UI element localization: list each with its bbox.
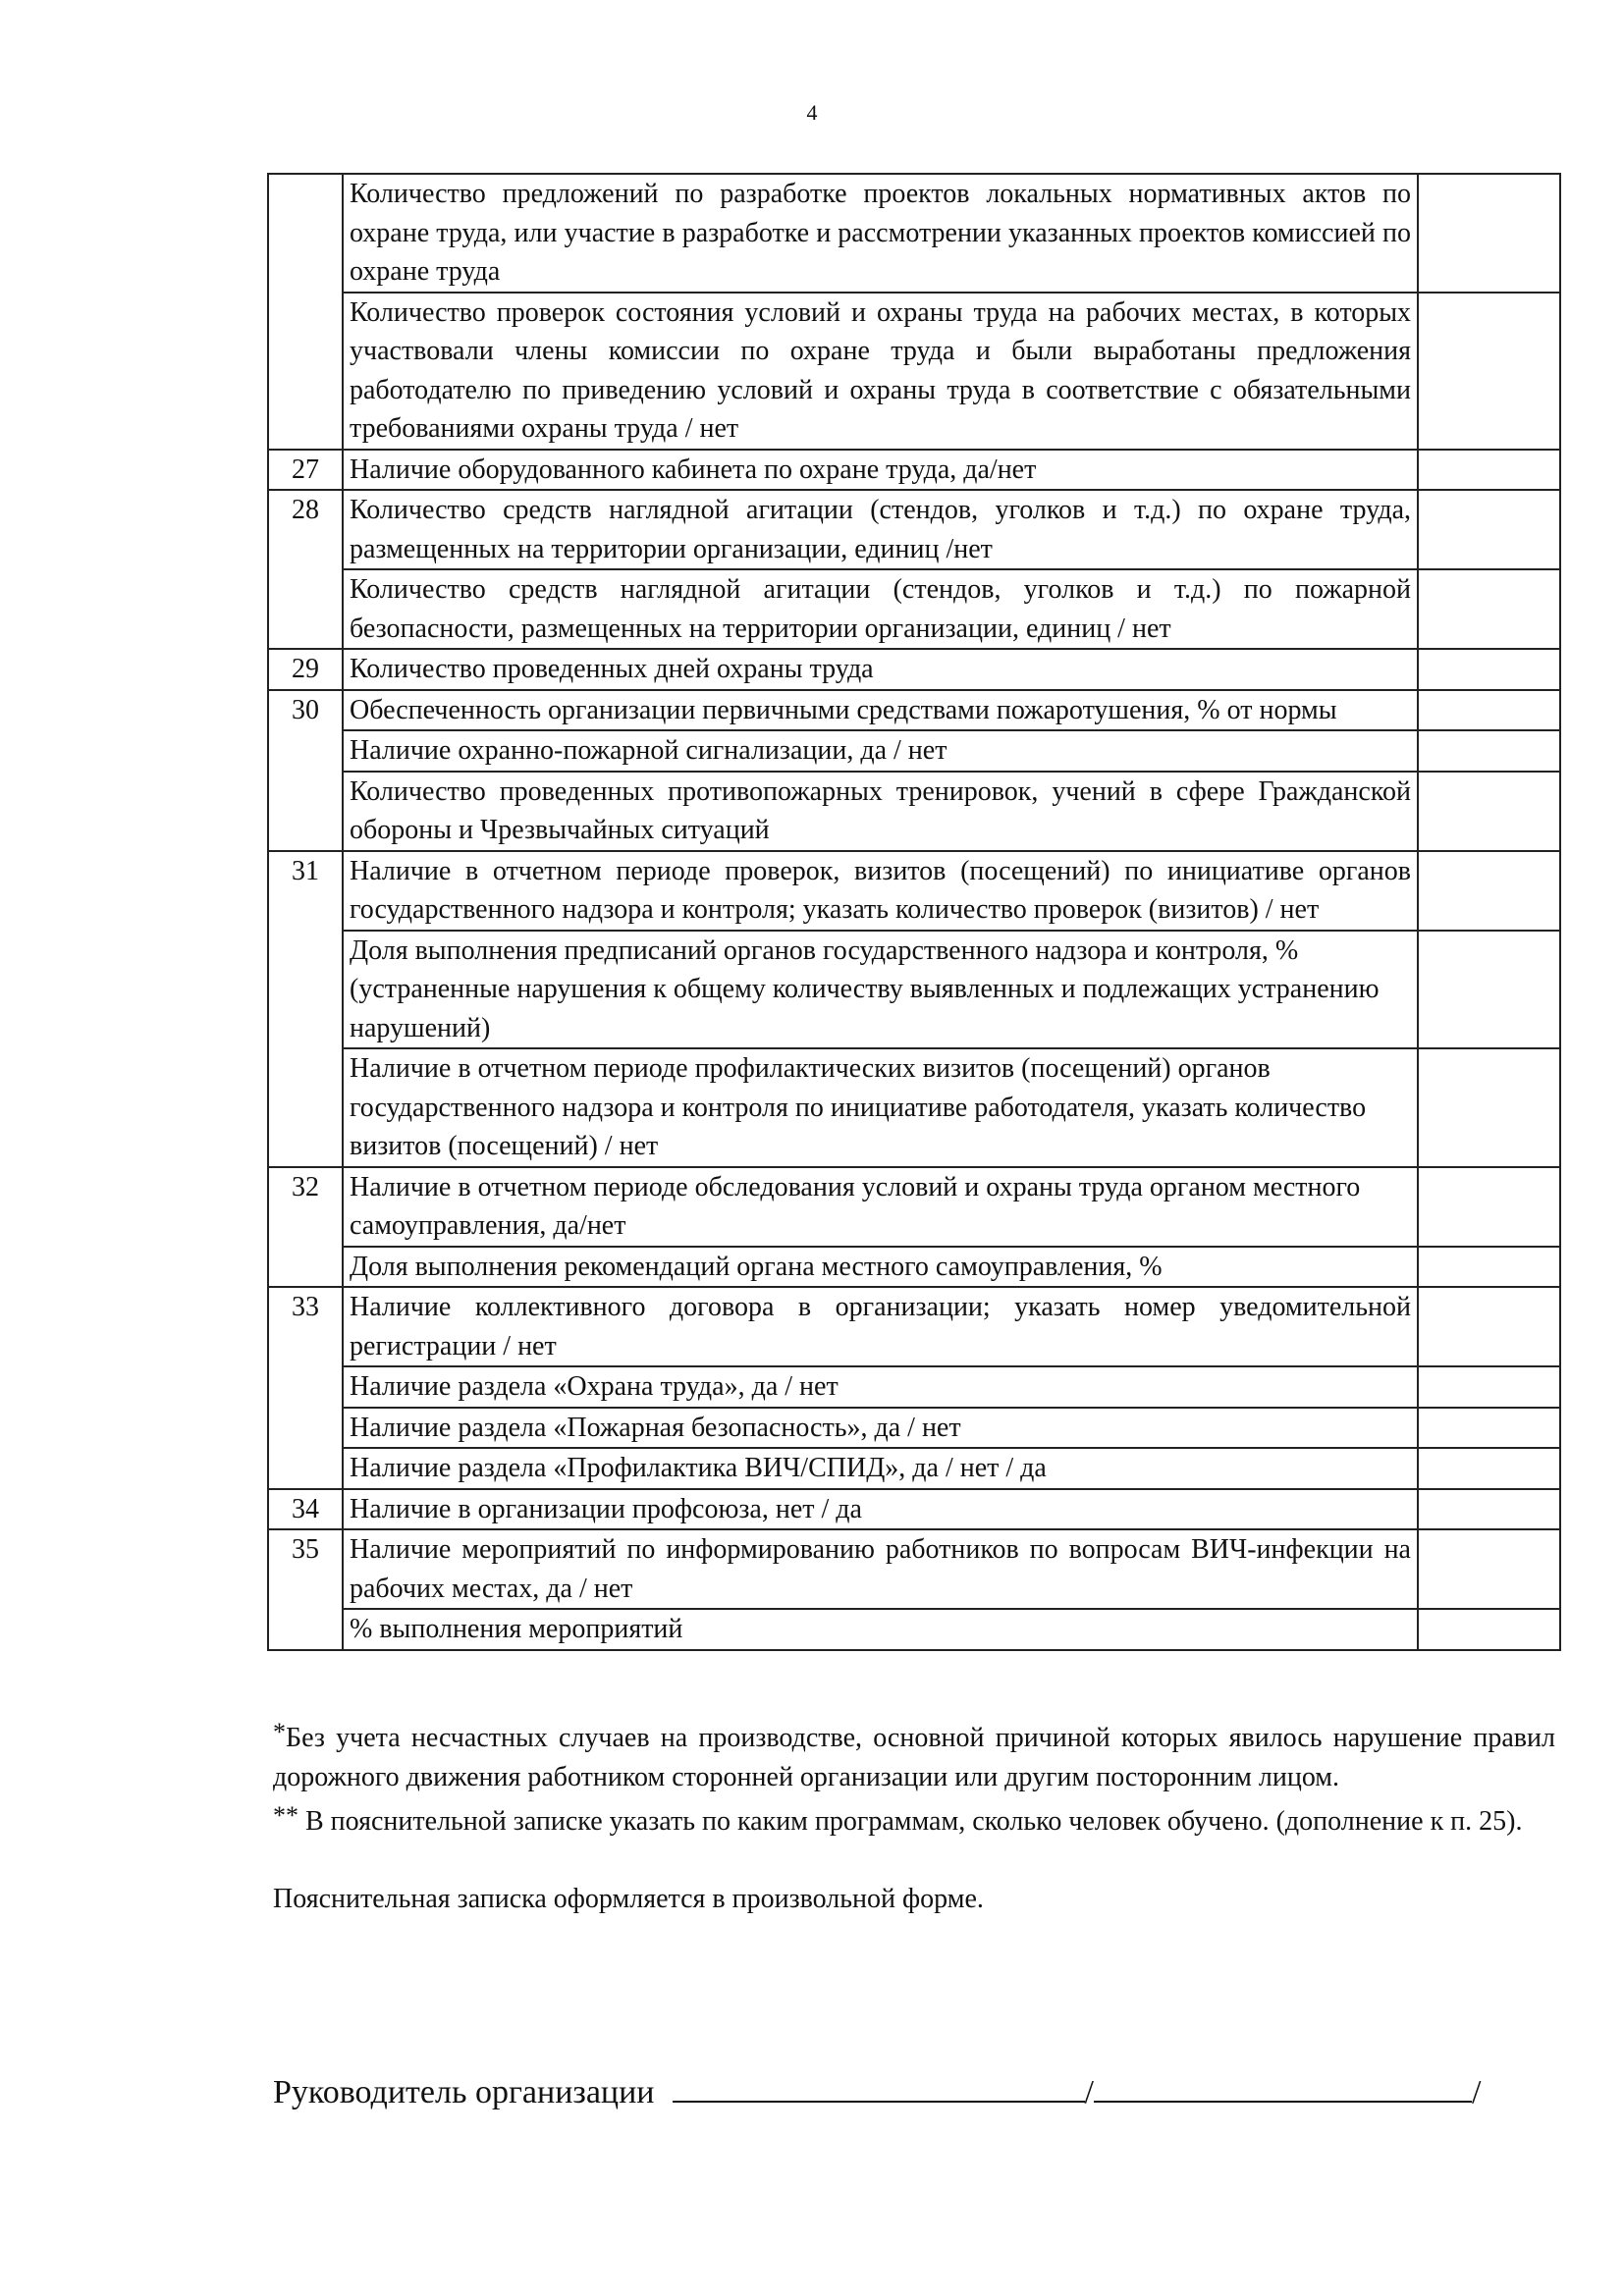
indicator-text: Количество средств наглядной агитации (с… <box>343 490 1418 569</box>
table-row: Доля выполнения рекомендаций органа мест… <box>268 1247 1560 1288</box>
indicator-text: Наличие коллективного договора в организ… <box>343 1287 1418 1366</box>
value-cell[interactable] <box>1418 1048 1560 1167</box>
value-cell[interactable] <box>1418 772 1560 851</box>
footnotes: *Без учета несчастных случаев на произво… <box>273 1713 1555 1918</box>
value-cell[interactable] <box>1418 1366 1560 1408</box>
value-cell[interactable] <box>1418 649 1560 690</box>
indicator-text: Количество средств наглядной агитации (с… <box>343 569 1418 649</box>
table-row: Наличие раздела «Охрана труда», да / нет <box>268 1366 1560 1408</box>
footnote-1-text: Без учета несчастных случаев на производ… <box>273 1723 1555 1792</box>
value-cell[interactable] <box>1418 690 1560 731</box>
row-number: 34 <box>268 1489 343 1530</box>
table-row: Наличие раздела «Пожарная безопасность»,… <box>268 1408 1560 1449</box>
value-cell[interactable] <box>1418 1167 1560 1247</box>
table-row: 35Наличие мероприятий по информированию … <box>268 1529 1560 1609</box>
name-field[interactable] <box>1094 2071 1472 2103</box>
page-number: 4 <box>0 100 1624 126</box>
value-cell[interactable] <box>1418 1448 1560 1489</box>
footnote-1: *Без учета несчастных случаев на произво… <box>273 1713 1555 1796</box>
row-number: 30 <box>268 690 343 851</box>
indicator-text: Наличие в отчетном периоде профилактичес… <box>343 1048 1418 1167</box>
indicator-text: Наличие мероприятий по информированию ра… <box>343 1529 1418 1609</box>
value-cell[interactable] <box>1418 931 1560 1049</box>
signature-separator: / <box>1085 2074 1094 2110</box>
signature-block: Руководитель организации// <box>273 2071 1569 2111</box>
value-cell[interactable] <box>1418 1287 1560 1366</box>
indicator-text: Доля выполнения рекомендаций органа мест… <box>343 1247 1418 1288</box>
signature-label: Руководитель организации <box>273 2074 655 2110</box>
table-row: 30Обеспеченность организации первичными … <box>268 690 1560 731</box>
table-row: 31Наличие в отчетном периоде проверок, в… <box>268 851 1560 931</box>
row-number: 31 <box>268 851 343 1167</box>
value-cell[interactable] <box>1418 1247 1560 1288</box>
value-cell[interactable] <box>1418 174 1560 293</box>
indicator-text: Количество проверок состояния условий и … <box>343 293 1418 450</box>
table-row: Наличие в отчетном периоде профилактичес… <box>268 1048 1560 1167</box>
value-cell[interactable] <box>1418 730 1560 772</box>
table-row: 29Количество проведенных дней охраны тру… <box>268 649 1560 690</box>
value-cell[interactable] <box>1418 569 1560 649</box>
table-row: 34Наличие в организации профсоюза, нет /… <box>268 1489 1560 1530</box>
footnote-2: ** В пояснительной записке указать по ка… <box>273 1796 1555 1842</box>
indicator-text: Обеспеченность организации первичными ср… <box>343 690 1418 731</box>
indicator-text: Наличие охранно-пожарной сигнализации, д… <box>343 730 1418 772</box>
row-number: 35 <box>268 1529 343 1650</box>
table-row: Количество средств наглядной агитации (с… <box>268 569 1560 649</box>
table-row: 27Наличие оборудованного кабинета по охр… <box>268 450 1560 491</box>
indicator-text: Количество проведенных противопожарных т… <box>343 772 1418 851</box>
value-cell[interactable] <box>1418 1529 1560 1609</box>
indicator-text: Наличие в отчетном периоде проверок, виз… <box>343 851 1418 931</box>
indicator-text: Наличие оборудованного кабинета по охран… <box>343 450 1418 491</box>
explanatory-note: Пояснительная записка оформляется в прои… <box>273 1880 1555 1919</box>
signature-end: / <box>1472 2074 1481 2110</box>
indicator-text: Доля выполнения предписаний органов госу… <box>343 931 1418 1049</box>
table-row: 33Наличие коллективного договора в орган… <box>268 1287 1560 1366</box>
indicator-text: Наличие в организации профсоюза, нет / д… <box>343 1489 1418 1530</box>
table-row: 28Количество средств наглядной агитации … <box>268 490 1560 569</box>
row-number: 27 <box>268 450 343 491</box>
report-table: Количество предложений по разработке про… <box>267 173 1561 1651</box>
indicator-text: Наличие в отчетном периоде обследования … <box>343 1167 1418 1247</box>
signature-field[interactable] <box>673 2071 1085 2103</box>
table-row: Количество проведенных противопожарных т… <box>268 772 1560 851</box>
table-row: 32Наличие в отчетном периоде обследовани… <box>268 1167 1560 1247</box>
table-row: % выполнения мероприятий <box>268 1609 1560 1650</box>
indicator-text: Количество проведенных дней охраны труда <box>343 649 1418 690</box>
row-number <box>268 174 343 450</box>
indicator-text: Наличие раздела «Профилактика ВИЧ/СПИД»,… <box>343 1448 1418 1489</box>
value-cell[interactable] <box>1418 1408 1560 1449</box>
value-cell[interactable] <box>1418 851 1560 931</box>
footnote-1-mark: * <box>273 1718 286 1746</box>
indicator-text: Наличие раздела «Охрана труда», да / нет <box>343 1366 1418 1408</box>
table-row: Наличие раздела «Профилактика ВИЧ/СПИД»,… <box>268 1448 1560 1489</box>
value-cell[interactable] <box>1418 490 1560 569</box>
row-number: 28 <box>268 490 343 649</box>
footnote-2-text: В пояснительной записке указать по каким… <box>298 1806 1522 1837</box>
footnote-2-mark: ** <box>273 1801 298 1830</box>
table-row: Количество проверок состояния условий и … <box>268 293 1560 450</box>
table-row: Доля выполнения предписаний органов госу… <box>268 931 1560 1049</box>
table-row: Наличие охранно-пожарной сигнализации, д… <box>268 730 1560 772</box>
value-cell[interactable] <box>1418 1489 1560 1530</box>
row-number: 33 <box>268 1287 343 1489</box>
value-cell[interactable] <box>1418 293 1560 450</box>
table-row: Количество предложений по разработке про… <box>268 174 1560 293</box>
indicator-text: Наличие раздела «Пожарная безопасность»,… <box>343 1408 1418 1449</box>
value-cell[interactable] <box>1418 450 1560 491</box>
indicator-text: % выполнения мероприятий <box>343 1609 1418 1650</box>
row-number: 32 <box>268 1167 343 1288</box>
value-cell[interactable] <box>1418 1609 1560 1650</box>
row-number: 29 <box>268 649 343 690</box>
indicator-text: Количество предложений по разработке про… <box>343 174 1418 293</box>
